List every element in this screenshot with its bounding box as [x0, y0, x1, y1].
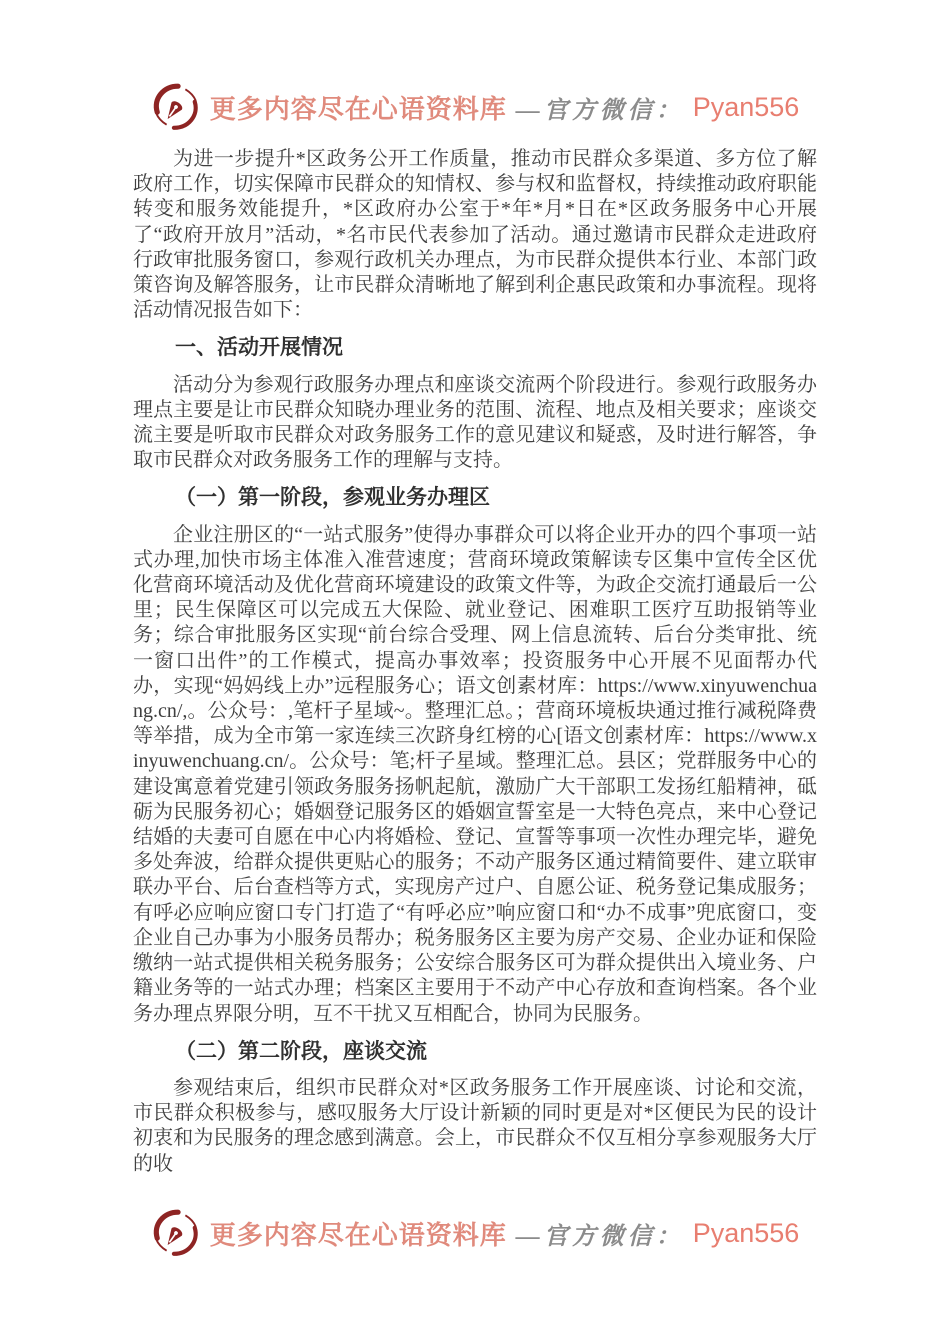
document-page: 更多内容尽在心语资料库—官方微信：Pyan556 为进一步提升*区政务公开工作质…: [0, 0, 950, 1344]
pen-emblem-icon: [151, 1208, 201, 1258]
pen-emblem-icon: [151, 82, 201, 132]
wechat-id: Pyan556: [693, 92, 800, 123]
section-heading: （一）第一阶段，参观业务办理区: [133, 485, 817, 510]
wechat-id: Pyan556: [693, 1218, 800, 1249]
document-body: 为进一步提升*区政务公开工作质量，推动市民群众多渠道、多方位了解政府工作，切实保…: [133, 147, 817, 1189]
wechat-label: —官方微信：: [516, 1216, 684, 1251]
footer-watermark: 更多内容尽在心语资料库—官方微信：Pyan556: [0, 1208, 950, 1258]
section-heading: 一、活动开展情况: [133, 335, 817, 360]
paragraph: 活动分为参观行政服务办理点和座谈交流两个阶段进行。参观行政服务办理点主要是让市民…: [133, 373, 817, 474]
brand-text: 更多内容尽在心语资料库: [210, 1215, 507, 1252]
section-heading: （二）第二阶段，座谈交流: [133, 1039, 817, 1064]
paragraph: 企业注册区的“一站式服务”使得办事群众可以将企业开办的四个事项一站式办理,加快市…: [133, 523, 817, 1027]
header-watermark: 更多内容尽在心语资料库—官方微信：Pyan556: [0, 82, 950, 132]
brand-text: 更多内容尽在心语资料库: [210, 89, 507, 126]
paragraph: 为进一步提升*区政务公开工作质量，推动市民群众多渠道、多方位了解政府工作，切实保…: [133, 147, 817, 323]
paragraph: 参观结束后，组织市民群众对*区政务服务工作开展座谈、讨论和交流，市民群众积极参与…: [133, 1076, 817, 1177]
wechat-label: —官方微信：: [516, 90, 684, 125]
